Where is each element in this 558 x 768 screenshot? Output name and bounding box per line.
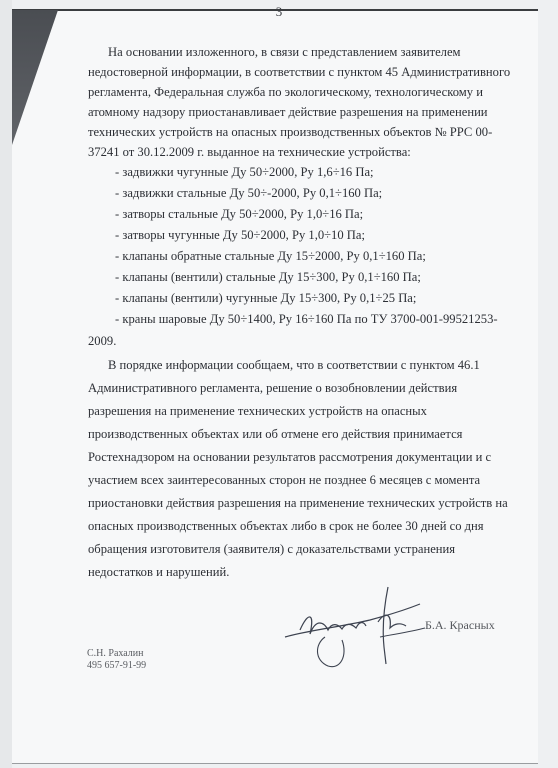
scan-edge — [0, 0, 12, 768]
paragraph2-line: приостановки действия разрешения на прим… — [88, 495, 508, 511]
paragraph2-line: В порядке информации сообщаем, что в соо… — [108, 357, 480, 373]
paragraph2-line: разрешения на применение технических уст… — [88, 403, 427, 419]
paragraph1-line: регламента, Федеральная служба по эколог… — [88, 84, 508, 100]
page-number: 3 — [0, 4, 558, 20]
paragraph2-line: обращения изготовителя (заявителя) с док… — [88, 541, 455, 557]
device-item: - клапаны обратные стальные Ду 15÷2000, … — [115, 248, 426, 264]
device-item: - клапаны (вентили) чугунные Ду 15÷300, … — [115, 290, 416, 306]
paragraph2-line: недостатков и нарушений. — [88, 564, 229, 580]
device-item: - задвижки чугунные Ду 50÷2000, Ру 1,6÷1… — [115, 164, 374, 180]
paragraph1-line: 37241 от 30.12.2009 г. выданное на техни… — [88, 144, 411, 160]
device-item: 2009. — [88, 333, 116, 349]
contact-phone: 495 657-91-99 — [87, 660, 146, 672]
signatory-name: Б.А. Красных — [425, 618, 495, 633]
paragraph1-line: атомному надзору приостанавливает действ… — [88, 104, 508, 120]
handwritten-signature — [280, 582, 430, 672]
contact-name: С.Н. Рахалин — [87, 648, 143, 660]
device-item: - клапаны (вентили) стальные Ду 15÷300, … — [115, 269, 421, 285]
device-item: - краны шаровые Ду 50÷1400, Ру 16÷160 Па… — [115, 311, 498, 327]
paragraph1-line: технических устройств на опасных произво… — [88, 124, 508, 140]
paragraph1-line: На основании изложенного, в связи с пред… — [108, 44, 508, 60]
device-item: - затворы чугунные Ду 50÷2000, Ру 1,0÷10… — [115, 227, 365, 243]
paragraph1-line: недостоверной информации, в соответствии… — [88, 64, 508, 80]
paragraph2-line: производственных объектах или об отмене … — [88, 426, 462, 442]
paragraph2-line: опасных производственных объектах либо в… — [88, 518, 484, 534]
device-item: - задвижки стальные Ду 50÷-2000, Ру 0,1÷… — [115, 185, 382, 201]
device-item: - затворы стальные Ду 50÷2000, Ру 1,0÷16… — [115, 206, 363, 222]
paragraph2-line: участием всех заинтересованных сторон не… — [88, 472, 480, 488]
paragraph2-line: Ростехнадзором на основании результатов … — [88, 449, 491, 465]
paragraph2-line: Административного регламента, решение о … — [88, 380, 457, 396]
